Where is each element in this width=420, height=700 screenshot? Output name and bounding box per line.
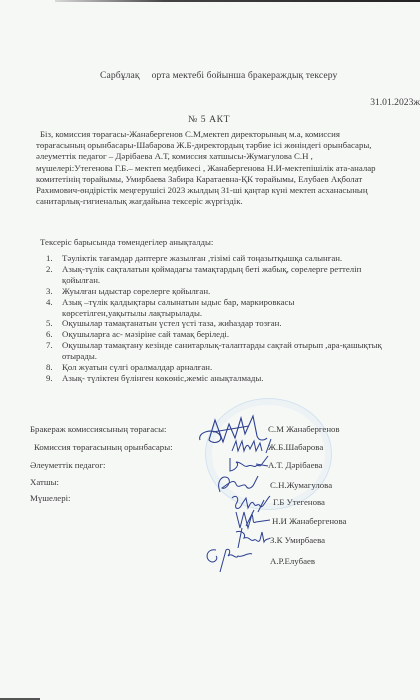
signatory-name: Н.И Жанабергенова [272, 516, 346, 526]
signatory-name: С.Н.Жумагулова [270, 480, 332, 490]
signature-block: Бракераж комиссиясының төрағасы: Комисси… [0, 0, 420, 700]
role-deputy-chairman: Комиссия төрағасының орынбасары: [34, 442, 173, 452]
signatory-name: З.К Умирбаева [270, 535, 325, 545]
signatory-name: Ж.Б.Шабарова [268, 442, 323, 452]
document-page: Сарбұлақорта мектебі бойынша бракераждық… [0, 0, 420, 700]
signature-8-icon [202, 546, 254, 574]
signatory-name: Г.Б Утегенова [273, 497, 325, 507]
signatory-name: С.М Жанабергенов [268, 424, 340, 434]
signature-3-icon [226, 454, 270, 474]
role-secretary: Хатшы: [30, 477, 59, 487]
role-members: Мүшелері: [30, 493, 70, 503]
role-chairman: Бракераж комиссиясының төрағасы: [30, 424, 166, 434]
signatory-name: А.Т. Дәрібаева [268, 460, 322, 470]
role-social-pedagogue: Әлеуметтік педагог: [30, 460, 106, 470]
signatory-name: А.Р.Елубаев [270, 556, 315, 566]
